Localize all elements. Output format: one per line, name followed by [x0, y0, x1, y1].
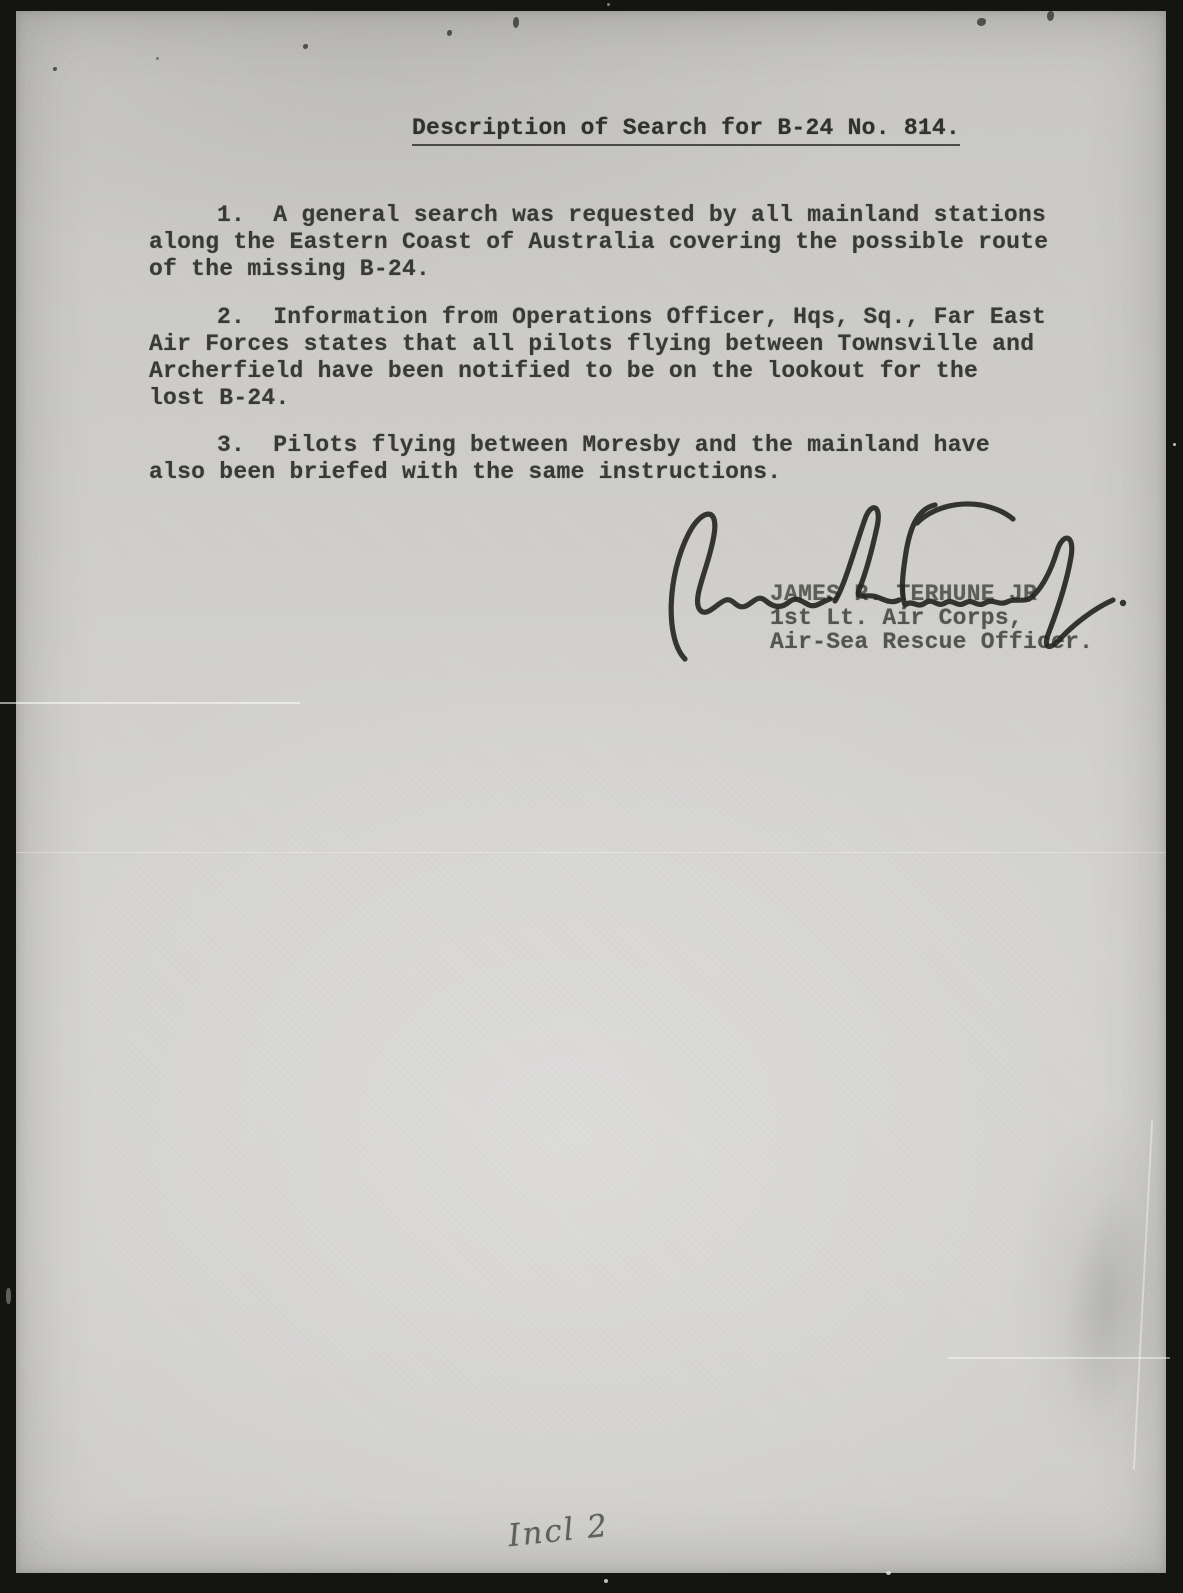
film-speck [6, 1288, 11, 1304]
ink-speck [447, 30, 452, 36]
signature-rank: 1st Lt. Air Corps, [770, 606, 1093, 630]
paragraph-line: Air Forces states that all pilots flying… [149, 331, 1109, 358]
crease-line [16, 852, 1166, 853]
footer-annotation: Incl 2 [506, 1508, 610, 1554]
paragraph-line: lost B-24. [149, 385, 1109, 412]
signature-role: Air-Sea Rescue Officer. [770, 630, 1093, 654]
ink-speck [156, 57, 159, 60]
ink-speck [513, 17, 519, 28]
paragraph-3: 3. Pilots flying between Moresby and the… [149, 432, 1109, 486]
paragraph-line: along the Eastern Coast of Australia cov… [149, 229, 1109, 256]
film-speck [607, 3, 610, 6]
signature-typed-name: JAMES R. TERHUNE JR [770, 582, 1093, 606]
document-title: Description of Search for B-24 No. 814. [412, 115, 960, 146]
ink-speck [977, 18, 986, 26]
stain-smudge [1026, 1135, 1183, 1477]
paragraph-2: 2. Information from Operations Officer, … [149, 304, 1109, 412]
paragraph-1: 1. A general search was requested by all… [149, 202, 1109, 283]
ink-speck [303, 44, 308, 49]
paragraph-line: Archerfield have been notified to be on … [149, 358, 1109, 385]
ink-speck [1047, 11, 1054, 21]
paragraph-line: 3. Pilots flying between Moresby and the… [149, 432, 1109, 459]
paragraph-line: 2. Information from Operations Officer, … [149, 304, 1109, 331]
paragraph-line: also been briefed with the same instruct… [149, 459, 1109, 486]
paragraph-line: of the missing B-24. [149, 256, 1109, 283]
film-speck [604, 1579, 608, 1583]
scratch-line [0, 702, 300, 704]
signature-block: JAMES R. TERHUNE JR 1st Lt. Air Corps, A… [770, 582, 1093, 654]
paragraph-line: 1. A general search was requested by all… [149, 202, 1109, 229]
scratch-line [948, 1357, 1170, 1359]
film-speck [886, 1571, 891, 1575]
document-page: Description of Search for B-24 No. 814. … [16, 11, 1166, 1573]
scanned-document: Description of Search for B-24 No. 814. … [0, 0, 1183, 1593]
film-speck [1173, 443, 1176, 446]
ink-speck [53, 67, 57, 71]
